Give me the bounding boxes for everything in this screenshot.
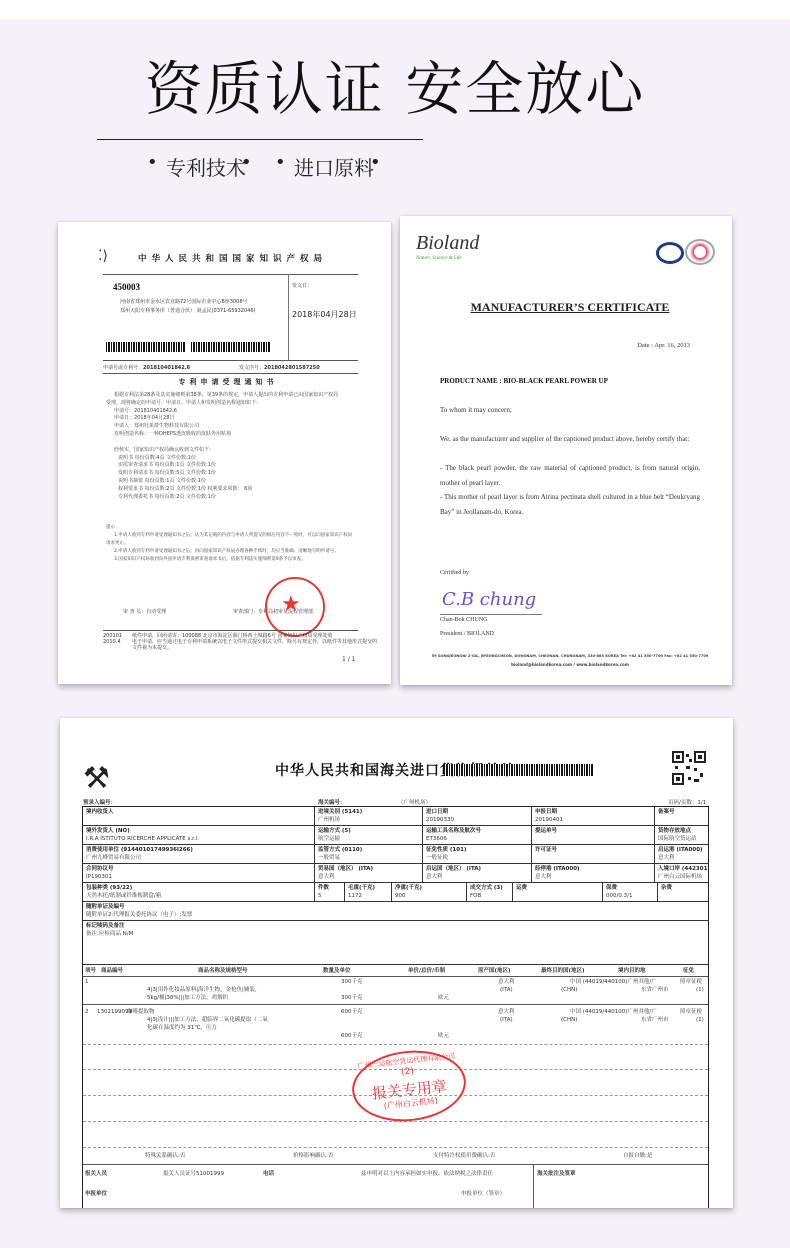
goods-item-number: 2 [85, 1008, 89, 1016]
patent-notice-document: ⁚⟩ 中华人民共和国国家知识产权局 450003 河南省郑州市金水区农业路72号… [58, 222, 391, 684]
goods-levy: (1) [696, 986, 704, 994]
goods-column-header: 商品名称及规格型号 [198, 967, 248, 975]
field-label: 贸易国（地区） (ITA) [318, 865, 419, 873]
declaration-field: 境内收货人 [83, 807, 315, 826]
self-report: 自报自缴:是 [623, 1152, 652, 1160]
goods-levy: 照章征税 [680, 1008, 702, 1016]
goods-name: 5kg/桶|30%|||加工方法，鸡烟织 [147, 994, 228, 1002]
page-indicator: 1 / 1 [342, 656, 355, 663]
package-field: 运费 [513, 883, 603, 902]
goods-quantity: 600千克 [341, 1032, 363, 1040]
subtitle-row: • 专利技术 • • 进口原料 • [0, 152, 790, 188]
declaration-field: 运输方式 (5)航空运输 [315, 826, 423, 845]
barcode-icon [191, 342, 271, 352]
divider [533, 1164, 534, 1208]
customs-approval: 海关批注及签章 [537, 1170, 576, 1178]
kotric-seal-icon [656, 242, 684, 264]
field-label: 运输方式 (5) [318, 827, 419, 835]
divider [103, 630, 358, 631]
point-source: - This mother of pearl layer is from Atr… [440, 490, 700, 519]
field-value: 意大利 [318, 873, 419, 881]
field-label: 进口日期 [426, 808, 528, 816]
field-label: 提运单号 [535, 827, 651, 835]
declaration-statement: 兹申明对以上内容承担如实申报、依法纳税之法律责任 [361, 1170, 493, 1178]
divider [103, 274, 358, 275]
barcode-icon [444, 764, 594, 776]
customs-emblem-icon: ⚒ [83, 761, 110, 796]
field-value: 900 [395, 892, 463, 900]
field-label: 净重(千克) [395, 884, 463, 892]
customs-number-label: 海关编号： [318, 798, 346, 806]
declaration-field: 征免性质 (101)一般征税 [423, 845, 532, 864]
package-field: 成交方式 (3)FOB [467, 883, 513, 902]
declaration-field: 许可证号 [532, 845, 655, 864]
field-label: 毛重(千克) [348, 884, 388, 892]
divider [83, 1044, 708, 1045]
goods-column-header: 征免 [683, 967, 694, 975]
field-label: 成交方式 (3) [470, 884, 509, 892]
divider [288, 274, 289, 360]
footer-text: 纸件申请，回函请寄：100088 北京市海淀区蓟门桥西土城路6号 国家知识产权局… [132, 633, 377, 651]
declaration-table: 境内收货人进境关别 (5141)广州机场进口日期20190330申报日期2019… [82, 806, 709, 1208]
notice-body: 根据专利法第28条及其实施细则第38条、第39条的规定，申请人提出的专利申请已由… [106, 392, 391, 501]
goods-name: 咖啡提取物 [127, 1008, 155, 1016]
customs-office: （广州机场） [398, 798, 431, 806]
product-name: PRODUCT NAME : BIO-BLACK PEARL POWER UP [440, 374, 700, 389]
goods-column-header: 项号 [85, 967, 96, 975]
royalty-confirmation: 支付特许权使用费确认:否 [433, 1152, 495, 1160]
field-label: 经停港 (ITA000) [535, 865, 651, 873]
field-label: 境外发货人 (NO) [86, 827, 311, 835]
goods-column-header: 商品编号 [101, 967, 123, 975]
goods-dest-country: (CHN) [561, 1016, 577, 1024]
field-label: 启运港 (ITA000) [658, 846, 705, 854]
field-label: 启运国（地区） (ITA) [426, 865, 528, 873]
customs-declaration-document: ⚒ 中华人民共和国海关进口货物报关单 预录入编号： 海关编号： （广州机场） 页… [60, 718, 733, 1208]
field-value: 备注:应检商品 N/M [86, 930, 705, 938]
phone-label: 电话 [263, 1170, 274, 1178]
kab-seal-icon [685, 239, 715, 265]
address-line: 河南省郑州市金水区农业路72号国际企业中心B座3008号 [120, 298, 255, 307]
issue-date-label: 发文日： [292, 282, 312, 289]
field-value: 随附单证2:代理报关委托协议（电子）;发票 [86, 911, 705, 919]
goods-quantity: 300千克 [341, 978, 363, 986]
field-value: ET3606 [426, 835, 528, 843]
bullet: • [241, 152, 252, 173]
field-value: 广州九峰贸易有限公司 [86, 854, 311, 862]
goods-column-header: 原产国(地区) [478, 967, 511, 975]
title-underline [97, 139, 423, 140]
goods-quantity: 600千克 [341, 1008, 363, 1016]
certificate-date: Date : Apr. 16, 2013 [637, 342, 690, 349]
field-value: 20190401 [535, 816, 651, 824]
star-icon: ★ [281, 592, 301, 617]
goods-dest-country: 中国 (44019/440100)广州其他/广 [570, 1008, 657, 1016]
declaring-unit-seal: 申报单位（签章） [461, 1190, 505, 1198]
declarant-label: 报关人员 [85, 1170, 107, 1178]
goods-column-header: 单价/总价/币制 [408, 967, 445, 975]
goods-origin: 意大利 [498, 1008, 515, 1016]
examiner: 审 查 员：自动受理 [123, 608, 166, 615]
divider [103, 373, 358, 374]
field-value: 天然木托/纸制或纤维板制盒/箱 [86, 892, 311, 900]
goods-column-header: 最终目的国(地区) [541, 967, 585, 975]
signature: C.B chung [442, 589, 536, 610]
goods-origin: (ITA) [500, 1016, 513, 1024]
declaration-field: 入境口岸 (442301)广州白云国际机场 [655, 864, 708, 883]
cnipa-logo-icon: ⁚⟩ [98, 248, 108, 264]
declaration-field: 贸易国（地区） (ITA)意大利 [315, 864, 423, 883]
certified-by: Certified by [440, 566, 700, 581]
point-origin: - The black pearl powder, the raw materi… [440, 461, 700, 490]
field-label: 进境关别 (5141) [318, 808, 419, 816]
address: 河南省郑州市金水区农业路72号国际企业中心B座3008号 郑州天阳专利事务所（普… [120, 298, 255, 316]
certify-paragraph: We, as the manufacturer and supplier of … [440, 432, 700, 447]
page-title: 资质认证 安全放心 [0, 54, 790, 124]
goods-origin: 意大利 [498, 978, 515, 986]
divider [83, 976, 708, 977]
subtitle-imported: 进口原料 [294, 152, 374, 181]
price-impact: 价格影响确认:否 [293, 1152, 333, 1160]
field-value: 意大利 [658, 854, 705, 862]
marks-remarks: 标记唛码及备注备注:应检商品 N/M [83, 921, 708, 965]
field-value: 广州机场 [318, 816, 419, 824]
special-relationship: 特殊关系确认:否 [145, 1152, 185, 1160]
field-label: 杂费 [661, 884, 705, 892]
field-label: 监管方式 (0110) [318, 846, 419, 854]
declaration-field: 备案号 [655, 807, 708, 826]
field-value: 国际航空货运站 [658, 835, 705, 843]
bullet: • [370, 152, 381, 173]
agency-name: 中华人民共和国国家知识产权局 [138, 252, 327, 264]
goods-dest-country: (CHN) [561, 986, 577, 994]
goods-destination: 东省广州市 [641, 1016, 669, 1024]
field-label: 申报日期 [535, 808, 651, 816]
field-label: 境内收货人 [86, 808, 311, 816]
goods-origin: (ITA) [500, 986, 513, 994]
bullet: • [275, 152, 286, 173]
field-value: IP190301 [86, 873, 311, 881]
top-strip [0, 0, 790, 19]
goods-levy: (1) [696, 1016, 704, 1024]
goods-column-header: 数量及单位 [323, 967, 351, 975]
field-label: 件数 [318, 884, 341, 892]
goods-column-header: 境内目的地 [618, 967, 646, 975]
divider [83, 1164, 708, 1165]
field-value: 20190330 [426, 816, 528, 824]
field-value: 广州白云国际机场 [658, 873, 705, 881]
divider [103, 360, 358, 361]
field-label: 运费 [516, 884, 599, 892]
field-label: 标记唛码及备注 [86, 922, 705, 930]
declaration-field: 经停港 (ITA000)意大利 [532, 864, 655, 883]
goods-item-number: 1 [85, 978, 89, 986]
package-field: 净重(千克)900 [392, 883, 467, 902]
goods-currency: 欧元 [438, 994, 449, 1002]
bioland-logo: Bioland [416, 232, 479, 255]
field-value: 000/0.3/1 [606, 892, 654, 900]
greeting: To whom it may concern; [440, 403, 700, 418]
subtitle-patent: 专利技术 [166, 152, 246, 181]
footer-contact: bioland@biolandkorea.com / www.biolandko… [400, 662, 732, 667]
field-label: 随附单证及编号 [86, 903, 705, 911]
notice-title: 专利申请受理通知书 [58, 377, 391, 387]
page-count: 页码/页数：1/1 [668, 798, 706, 806]
field-value: 意大利 [535, 873, 651, 881]
package-field: 包装种类 (93/22)天然木托/纸制或纤维板制盒/箱 [83, 883, 315, 902]
divider [83, 1004, 708, 1005]
footer-code: 200101 2010.4 [103, 633, 122, 645]
field-value: 一般征税 [426, 854, 528, 862]
field-value: 一般贸易 [318, 854, 419, 862]
signer-name: Chan-Bok CHUNG [440, 614, 700, 627]
qr-code-icon [672, 751, 706, 785]
package-field: 保费000/0.3/1 [603, 883, 658, 902]
field-value: I.R.A ISTITUTO RICERCHE APPLICATE s.r.l. [86, 835, 311, 843]
field-value: 意大利 [426, 873, 528, 881]
declaration-field: 提运单号 [532, 826, 655, 845]
manufacturer-certificate-document: Bioland Nature, Science & Life MANUFACTU… [400, 216, 732, 685]
declaration-field: 运输工具名称及航次号ET3606 [423, 826, 532, 845]
declaring-unit-label: 申报单位 [85, 1190, 107, 1198]
field-label: 征免性质 (101) [426, 846, 528, 854]
bioland-tagline: Nature, Science & Life [416, 256, 462, 261]
goods-quantity: 300千克 [341, 994, 363, 1002]
field-label: 备案号 [658, 808, 705, 816]
declaration-field: 进口日期20190330 [423, 807, 532, 826]
package-field: 杂费 [658, 883, 708, 902]
declaration-field: 境外发货人 (NO)I.R.A ISTITUTO RICERCHE APPLIC… [83, 826, 315, 845]
goods-destination: 东省广州市 [641, 986, 669, 994]
certificate-title: MANUFACTURER’S CERTIFICATE [400, 300, 732, 315]
goods-name: 4|3|用作化妆品原料|海洋生物，金枪鱼|辅装， [147, 986, 260, 994]
tips: 提示： 1.申请人收到专利申请受理通知书之后，认为其记载的内容与申请人所提交的相… [106, 524, 391, 564]
declaration-field: 监管方式 (0110)一般贸易 [315, 845, 423, 864]
address-line: 郑州天阳专利事务所（普通合伙） 聂孟民(0371-65932046) [120, 307, 255, 316]
declaration-field: 合同协议号IP190301 [83, 864, 315, 883]
declaration-field: 申报日期20190401 [532, 807, 655, 826]
pre-entry-number-label: 预录入编号： [83, 798, 116, 806]
application-number: 申请号或专利号：201810401842.6 [103, 364, 190, 371]
field-label: 许可证号 [535, 846, 651, 854]
postal-code: 450003 [113, 282, 140, 292]
field-label: 包装种类 (93/22) [86, 884, 311, 892]
goods-levy: 照章征税 [680, 978, 702, 986]
goods-dest-country: 中国 (44019/440100)广州其他/广 [570, 978, 657, 986]
field-value: 航空运输 [318, 835, 419, 843]
document-serial: 发文序号：2018042801587250 [239, 364, 320, 371]
barcode-icon [106, 342, 186, 352]
declaration-field: 启运港 (ITA000)意大利 [655, 845, 708, 864]
declarant-certificate: 报关人员证号51001999 [163, 1170, 224, 1178]
declaration-field: 进境关别 (5141)广州机场 [315, 807, 423, 826]
goods-currency: 欧元 [438, 1032, 449, 1040]
field-label: 入境口岸 (442301) [658, 865, 705, 873]
goods-name: 化碳在温度约为 31℃，压力 [147, 1024, 217, 1032]
field-value: FOB [470, 892, 509, 900]
field-label: 货物存放地点 [658, 827, 705, 835]
field-label: 保费 [606, 884, 654, 892]
field-label: 消费使用单位 (91440101749936l266) [86, 846, 311, 854]
attached-documents: 随附单证及编号随附单证2:代理报关委托协议（电子）;发票 [83, 902, 708, 921]
field-label: 合同协议号 [86, 865, 311, 873]
bullet: • [147, 152, 158, 173]
footer-address: 59 SONGJEONGNI 2-GIL, BYEONGCHEON, DONGN… [400, 654, 732, 658]
goods-name: 4|3|浅汁|||加工方法，超临界二氧化碳提取（二氧 [147, 1016, 268, 1024]
signer-title: President / BIOLAND [440, 628, 700, 641]
issue-date: 2018年04月28日 [292, 309, 357, 320]
declaration-field: 消费使用单位 (91440101749936l266)广州九峰贸易有限公司 [83, 845, 315, 864]
package-field: 件数5 [315, 883, 345, 902]
field-value: 1172 [348, 892, 388, 900]
field-label: 运输工具名称及航次号 [426, 827, 528, 835]
package-field: 毛重(千克)1172 [345, 883, 392, 902]
field-value: 5 [318, 892, 341, 900]
declaration-field: 货物存放地点国际航空货运站 [655, 826, 708, 845]
divider [83, 1147, 708, 1148]
declaration-field: 启运国（地区） (ITA)意大利 [423, 864, 532, 883]
